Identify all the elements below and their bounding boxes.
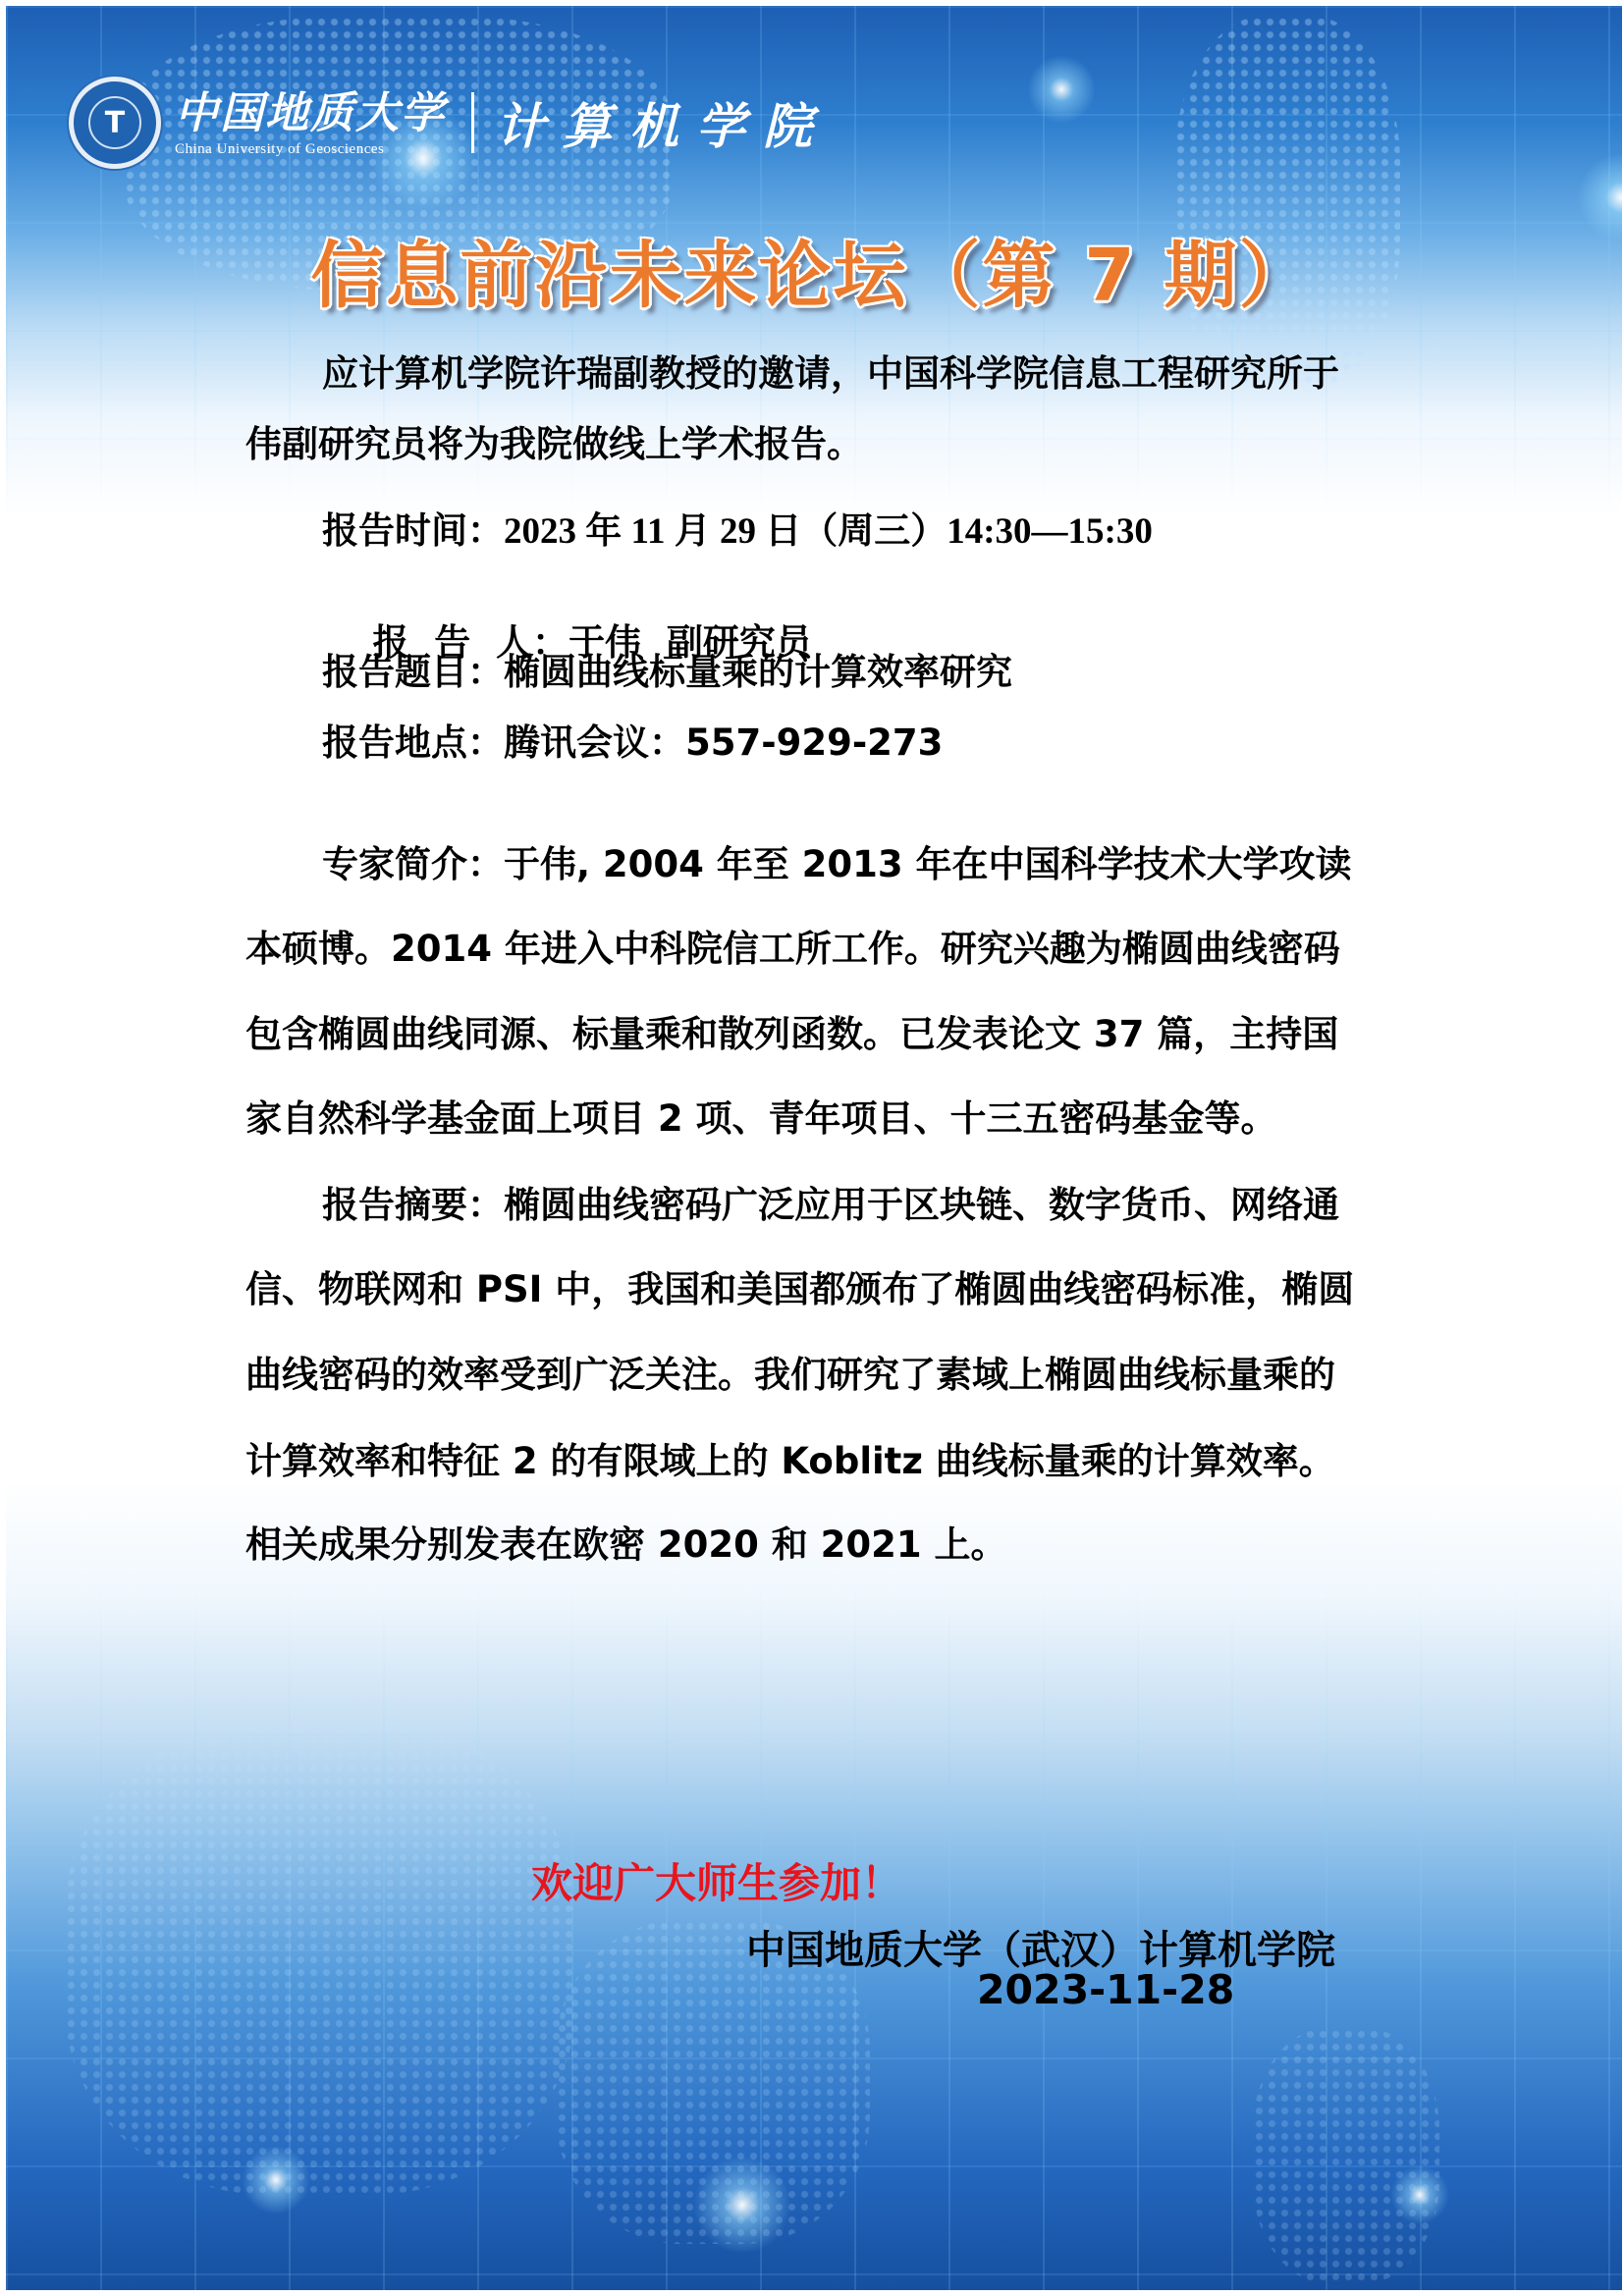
world-map-dots-decoration xyxy=(1174,16,1400,389)
abstract-line: 信、物联网和 PSI 中，我国和美国都颁布了椭圆曲线密码标准，椭圆 xyxy=(245,1259,1354,1312)
intro-line: 伟副研究员将为我院做线上学术报告。 xyxy=(245,414,863,467)
detail-label: 报告题目： xyxy=(322,651,504,693)
world-map-dots-decoration xyxy=(1253,2028,1439,2283)
detail-value: 椭圆曲线标量乘的计算效率研究 xyxy=(504,651,1012,693)
light-glow-decoration xyxy=(1390,2165,1449,2224)
bio-line: 本硕博。2014 年进入中科院信工所工作。研究兴趣为椭圆曲线密码 xyxy=(245,919,1340,972)
detail-label: 报告地点： xyxy=(322,721,504,764)
light-glow-decoration xyxy=(1027,55,1096,124)
university-seal-icon: T xyxy=(69,77,161,169)
abstract-line: 曲线密码的效率受到广泛关注。我们研究了素域上椭圆曲线标量乘的 xyxy=(245,1345,1335,1398)
university-name-en: China University of Geosciences xyxy=(175,141,446,158)
announcement-date: 2023-11-28 xyxy=(977,1966,1234,2013)
abstract-line: 相关成果分别发表在欧密 2020 和 2021 上。 xyxy=(245,1515,1006,1568)
world-map-dots-decoration xyxy=(65,1724,575,2195)
detail-label: 报告时间： xyxy=(322,509,504,552)
university-name-cn: 中国地质大学 xyxy=(175,88,446,139)
light-glow-decoration xyxy=(693,2156,791,2254)
detail-topic: 报告题目：椭圆曲线标量乘的计算效率研究 xyxy=(322,642,1012,695)
university-name-block: 中国地质大学 China University of Geosciences xyxy=(175,88,446,158)
bio-line: 家自然科学基金面上项目 2 项、青年项目、十三五密码基金等。 xyxy=(245,1089,1277,1142)
abstract-line: 计算效率和特征 2 的有限域上的 Koblitz 曲线标量乘的计算效率。 xyxy=(245,1431,1335,1484)
detail-value: 2023 年 11 月 29 日（周三）14:30—15:30 xyxy=(504,511,1153,552)
detail-venue: 报告地点：腾讯会议：557-929-273 xyxy=(322,713,943,766)
welcome-message: 欢迎广大师生参加！ xyxy=(531,1851,902,1910)
abstract-line: 报告摘要：椭圆曲线密码广泛应用于区块链、数字货币、网络通 xyxy=(322,1175,1339,1228)
detail-value: 腾讯会议：557-929-273 xyxy=(504,721,943,764)
geo-hammer-icon: T xyxy=(88,96,141,149)
bio-line: 包含椭圆曲线同源、标量乘和散列函数。已发表论文 37 篇，主持国 xyxy=(245,1004,1338,1057)
forum-title: 信息前沿未来论坛（第 7 期） xyxy=(0,218,1624,322)
logo-divider xyxy=(471,92,474,153)
detail-time: 报告时间：2023 年 11 月 29 日（周三）14:30—15:30 xyxy=(322,501,1153,554)
university-logo: T 中国地质大学 China University of Geosciences… xyxy=(69,77,830,169)
bio-line: 专家简介：于伟, 2004 年至 2013 年在中国科学技术大学攻读 xyxy=(322,834,1352,887)
school-name: 计算机学院 xyxy=(496,87,830,158)
intro-line: 应计算机学院许瑞副教授的邀请，中国科学院信息工程研究所于 xyxy=(322,344,1339,397)
light-glow-decoration xyxy=(242,2146,310,2215)
